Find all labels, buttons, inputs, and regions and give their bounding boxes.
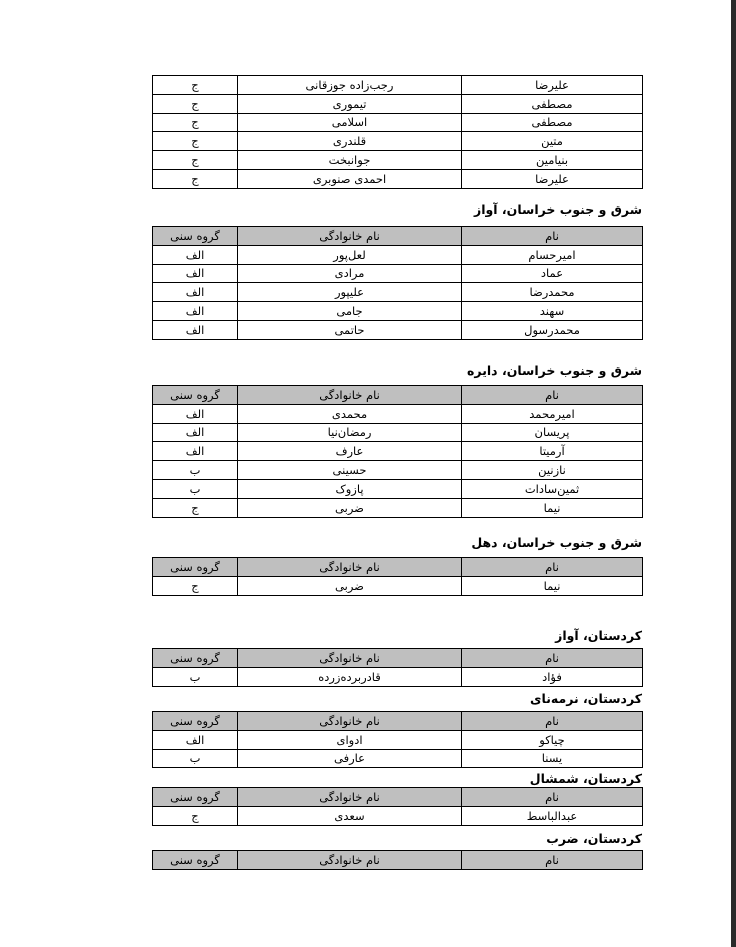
section-heading: کردستان، آواز	[153, 626, 642, 645]
table-row: علیرضارجب‌زاده جوزقانیج	[153, 76, 643, 95]
table-row: امیرمحمدمحمدیالف	[153, 404, 643, 423]
table-row: مصطفیتیموریج	[153, 94, 643, 113]
cell-family: ضربی	[238, 576, 462, 595]
cell-family: پازوک	[238, 479, 462, 498]
cell-family: جوانبخت	[238, 151, 462, 170]
table-row: محمدرضاعلیپورالف	[153, 283, 643, 302]
table-header-cell: نام	[462, 712, 643, 731]
cell-name: چیاکو	[462, 730, 643, 749]
cell-family: حسینی	[238, 461, 462, 480]
cell-name: آرمیتا	[462, 442, 643, 461]
cell-age-group: ج	[153, 94, 238, 113]
cell-name: پریسان	[462, 423, 643, 442]
cell-family: عارف	[238, 442, 462, 461]
cell-family: محمدی	[238, 404, 462, 423]
section-heading: کردستان، نرمه‌نای	[153, 689, 642, 708]
table-row: نیماضربیج	[153, 498, 643, 517]
table-header-cell: نام	[462, 227, 643, 246]
table-header-row: نامنام خانوادگیگروه سنی	[153, 649, 643, 668]
table-row: نازنینحسینیب	[153, 461, 643, 480]
cell-age-group: الف	[153, 423, 238, 442]
cell-name: محمدرضا	[462, 283, 643, 302]
cell-family: ضربی	[238, 498, 462, 517]
table-header-row: نامنام خانوادگیگروه سنی	[153, 227, 643, 246]
section-heading: کردستان، ضرب	[153, 829, 642, 848]
table-header-cell: نام	[462, 851, 643, 870]
cell-age-group: ب	[153, 461, 238, 480]
table-header-cell: نام خانوادگی	[238, 558, 462, 577]
roster-table: نامنام خانوادگیگروه سنیامیرحساملعل‌پورال…	[152, 226, 643, 340]
cell-name: امیرحسام	[462, 245, 643, 264]
cell-age-group: الف	[153, 245, 238, 264]
cell-age-group: الف	[153, 442, 238, 461]
cell-name: یسنا	[462, 749, 643, 768]
table-row: مصطفیاسلامیج	[153, 113, 643, 132]
cell-name: متین	[462, 132, 643, 151]
cell-name: سهند	[462, 302, 643, 321]
cell-age-group: الف	[153, 283, 238, 302]
cell-name: مصطفی	[462, 113, 643, 132]
table-header-cell: نام خانوادگی	[238, 712, 462, 731]
table-header-cell: گروه سنی	[153, 712, 238, 731]
table-row: بنیامینجوانبختج	[153, 151, 643, 170]
cell-age-group: ج	[153, 132, 238, 151]
cell-name: بنیامین	[462, 151, 643, 170]
table-row: یسناعارفیب	[153, 749, 643, 768]
page-content: علیرضارجب‌زاده جوزقانیجمصطفیتیموریجمصطفی…	[153, 0, 643, 947]
table-header-cell: گروه سنی	[153, 851, 238, 870]
table-header-cell: گروه سنی	[153, 558, 238, 577]
table-header-cell: نام خانوادگی	[238, 788, 462, 807]
cell-name: عبدالباسط	[462, 806, 643, 825]
cell-family: قلندری	[238, 132, 462, 151]
cell-name: علیرضا	[462, 169, 643, 188]
cell-name: امیرمحمد	[462, 404, 643, 423]
roster-table: نامنام خانوادگیگروه سنیامیرمحمدمحمدیالفپ…	[152, 385, 643, 518]
cell-age-group: الف	[153, 730, 238, 749]
table-header-row: نامنام خانوادگیگروه سنی	[153, 712, 643, 731]
cell-family: عارفی	[238, 749, 462, 768]
cell-name: مصطفی	[462, 94, 643, 113]
table-header-cell: نام	[462, 649, 643, 668]
section-heading: شرق و جنوب خراسان، دهل	[153, 533, 642, 552]
table-header-cell: نام	[462, 788, 643, 807]
cell-family: ادوای	[238, 730, 462, 749]
cell-age-group: ج	[153, 806, 238, 825]
cell-name: نازنین	[462, 461, 643, 480]
pdf-page: علیرضارجب‌زاده جوزقانیجمصطفیتیموریجمصطفی…	[0, 0, 736, 947]
cell-name: محمدرسول	[462, 320, 643, 339]
cell-family: احمدی صنوبری	[238, 169, 462, 188]
table-row: علیرضااحمدی صنوبریج	[153, 169, 643, 188]
table-header-cell: نام خانوادگی	[238, 851, 462, 870]
cell-name: ثمین‌سادات	[462, 479, 643, 498]
table-header-cell: نام خانوادگی	[238, 386, 462, 405]
cell-name: فؤاد	[462, 667, 643, 686]
cell-age-group: ج	[153, 498, 238, 517]
cell-age-group: ب	[153, 749, 238, 768]
table-row: محمدرسولحاتمیالف	[153, 320, 643, 339]
table-row: پریسانرمضان‌نیاالف	[153, 423, 643, 442]
table-row: چیاکوادوایالف	[153, 730, 643, 749]
roster-table: نامنام خانوادگیگروه سنیعبدالباسطسعدیج	[152, 787, 643, 826]
table-row: عبدالباسطسعدیج	[153, 806, 643, 825]
section-heading: کردستان، شمشال	[153, 769, 642, 788]
cell-family: لعل‌پور	[238, 245, 462, 264]
cell-age-group: الف	[153, 264, 238, 283]
cell-age-group: ج	[153, 576, 238, 595]
table-row: سهندجامیالف	[153, 302, 643, 321]
section-heading: شرق و جنوب خراسان، دایره	[153, 361, 642, 380]
cell-family: رمضان‌نیا	[238, 423, 462, 442]
cell-age-group: الف	[153, 302, 238, 321]
cell-age-group: ج	[153, 113, 238, 132]
table-header-cell: نام	[462, 558, 643, 577]
table-header-cell: گروه سنی	[153, 227, 238, 246]
viewer-right-edge	[731, 0, 736, 947]
table-row: متینقلندریج	[153, 132, 643, 151]
table-header-row: نامنام خانوادگیگروه سنی	[153, 558, 643, 577]
table-header-row: نامنام خانوادگیگروه سنی	[153, 851, 643, 870]
cell-family: سعدی	[238, 806, 462, 825]
cell-family: تیموری	[238, 94, 462, 113]
section-heading: شرق و جنوب خراسان، آواز	[153, 200, 642, 219]
cell-family: قادربرده‌زرده	[238, 667, 462, 686]
table-header-cell: نام خانوادگی	[238, 227, 462, 246]
table-row: نیماضربیج	[153, 576, 643, 595]
table-row: عمادمرادیالف	[153, 264, 643, 283]
cell-age-group: ج	[153, 169, 238, 188]
cell-name: علیرضا	[462, 76, 643, 95]
table-row: ثمین‌ساداتپازوکب	[153, 479, 643, 498]
table-row: آرمیتاعارفالف	[153, 442, 643, 461]
cell-family: رجب‌زاده جوزقانی	[238, 76, 462, 95]
cell-name: عماد	[462, 264, 643, 283]
cell-family: اسلامی	[238, 113, 462, 132]
table-header-cell: نام	[462, 386, 643, 405]
roster-table: علیرضارجب‌زاده جوزقانیجمصطفیتیموریجمصطفی…	[152, 75, 643, 189]
cell-family: جامی	[238, 302, 462, 321]
table-header-row: نامنام خانوادگیگروه سنی	[153, 386, 643, 405]
cell-family: مرادی	[238, 264, 462, 283]
cell-name: نیما	[462, 576, 643, 595]
cell-age-group: الف	[153, 320, 238, 339]
cell-age-group: ب	[153, 667, 238, 686]
cell-family: علیپور	[238, 283, 462, 302]
table-header-row: نامنام خانوادگیگروه سنی	[153, 788, 643, 807]
cell-age-group: ب	[153, 479, 238, 498]
roster-table: نامنام خانوادگیگروه سنینیماضربیج	[152, 557, 643, 596]
roster-table: نامنام خانوادگیگروه سنیچیاکوادوایالفیسنا…	[152, 711, 643, 768]
table-row: فؤادقادربرده‌زردهب	[153, 667, 643, 686]
document-viewport: { "document": { "column_headers": ["نام"…	[0, 0, 736, 947]
cell-family: حاتمی	[238, 320, 462, 339]
table-row: امیرحساملعل‌پورالف	[153, 245, 643, 264]
cell-age-group: ج	[153, 151, 238, 170]
roster-table: نامنام خانوادگیگروه سنی	[152, 850, 643, 870]
roster-table: نامنام خانوادگیگروه سنیفؤادقادربرده‌زرده…	[152, 648, 643, 687]
cell-name: نیما	[462, 498, 643, 517]
cell-age-group: الف	[153, 404, 238, 423]
table-header-cell: گروه سنی	[153, 386, 238, 405]
table-header-cell: گروه سنی	[153, 788, 238, 807]
cell-age-group: ج	[153, 76, 238, 95]
table-header-cell: نام خانوادگی	[238, 649, 462, 668]
table-header-cell: گروه سنی	[153, 649, 238, 668]
